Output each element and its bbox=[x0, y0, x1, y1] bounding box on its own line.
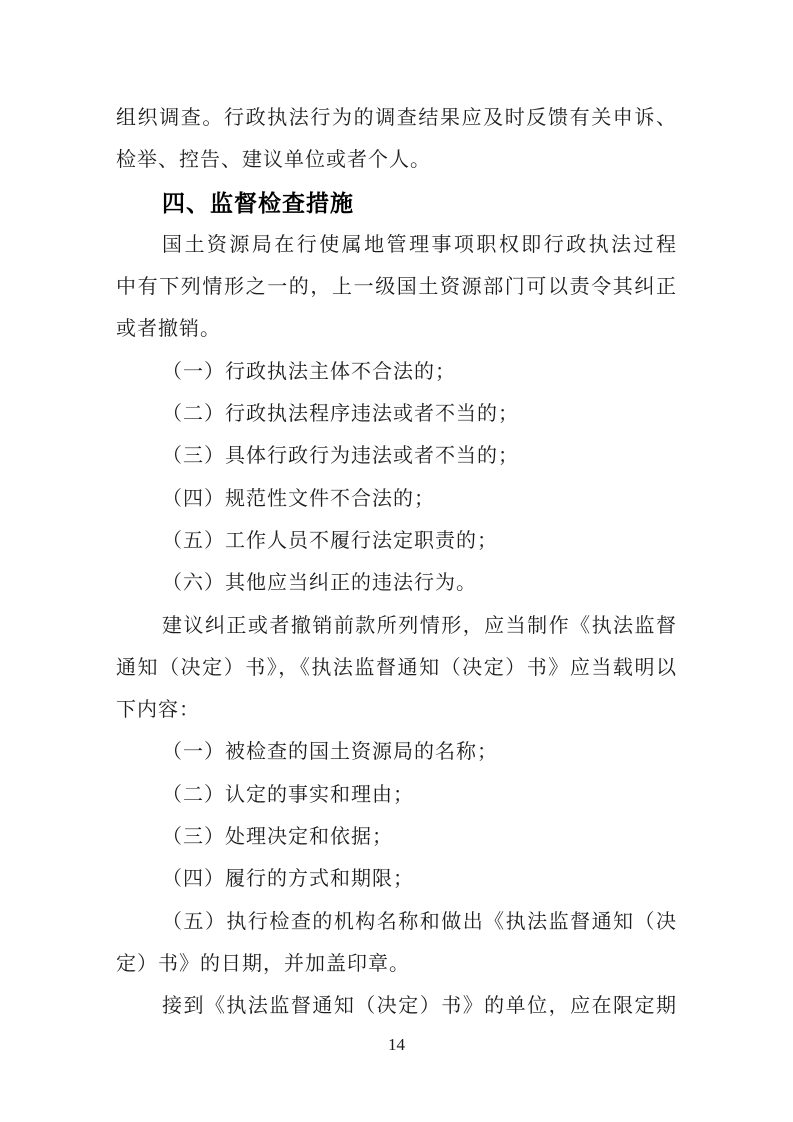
text-line: 国土资源局在行使属地管理事项职权即行政执法过程 bbox=[116, 224, 676, 266]
text-line: 定）书》的日期，并加盖印章。 bbox=[116, 943, 676, 985]
text-line: （二）认定的事实和理由； bbox=[116, 774, 676, 816]
text-line: 通知（决定）书》，《执法监督通知（决定）书》应当载明以 bbox=[116, 647, 676, 689]
text-line: 或者撤销。 bbox=[116, 308, 676, 350]
text-line: （一）被检查的国土资源局的名称； bbox=[116, 731, 676, 773]
text-line: （一）行政执法主体不合法的； bbox=[116, 351, 676, 393]
text-line: （二）行政执法程序违法或者不当的； bbox=[116, 393, 676, 435]
text-line: 下内容： bbox=[116, 689, 676, 731]
document-body: 组织调查。行政执法行为的调查结果应及时反馈有关申诉、检举、控告、建议单位或者个人… bbox=[116, 97, 676, 1028]
document-page: 组织调查。行政执法行为的调查结果应及时反馈有关申诉、检举、控告、建议单位或者个人… bbox=[0, 0, 793, 1122]
text-line: 组织调查。行政执法行为的调查结果应及时反馈有关申诉、 bbox=[116, 97, 676, 139]
text-line: （三）处理决定和依据； bbox=[116, 816, 676, 858]
text-line: 建议纠正或者撤销前款所列情形，应当制作《执法监督 bbox=[116, 605, 676, 647]
text-line: 检举、控告、建议单位或者个人。 bbox=[116, 139, 676, 181]
text-line: （五）工作人员不履行法定职责的； bbox=[116, 520, 676, 562]
text-line: 中有下列情形之一的，上一级国土资源部门可以责令其纠正 bbox=[116, 266, 676, 308]
text-line: （五）执行检查的机构名称和做出《执法监督通知（决 bbox=[116, 901, 676, 943]
section-heading: 四、监督检查措施 bbox=[116, 182, 676, 224]
text-line: （六）其他应当纠正的违法行为。 bbox=[116, 562, 676, 604]
text-line: （四）履行的方式和期限； bbox=[116, 858, 676, 900]
page-number: 14 bbox=[0, 1033, 793, 1057]
text-line: 接到《执法监督通知（决定）书》的单位，应在限定期 bbox=[116, 985, 676, 1027]
text-line: （四）规范性文件不合法的； bbox=[116, 478, 676, 520]
text-line: （三）具体行政行为违法或者不当的； bbox=[116, 435, 676, 477]
